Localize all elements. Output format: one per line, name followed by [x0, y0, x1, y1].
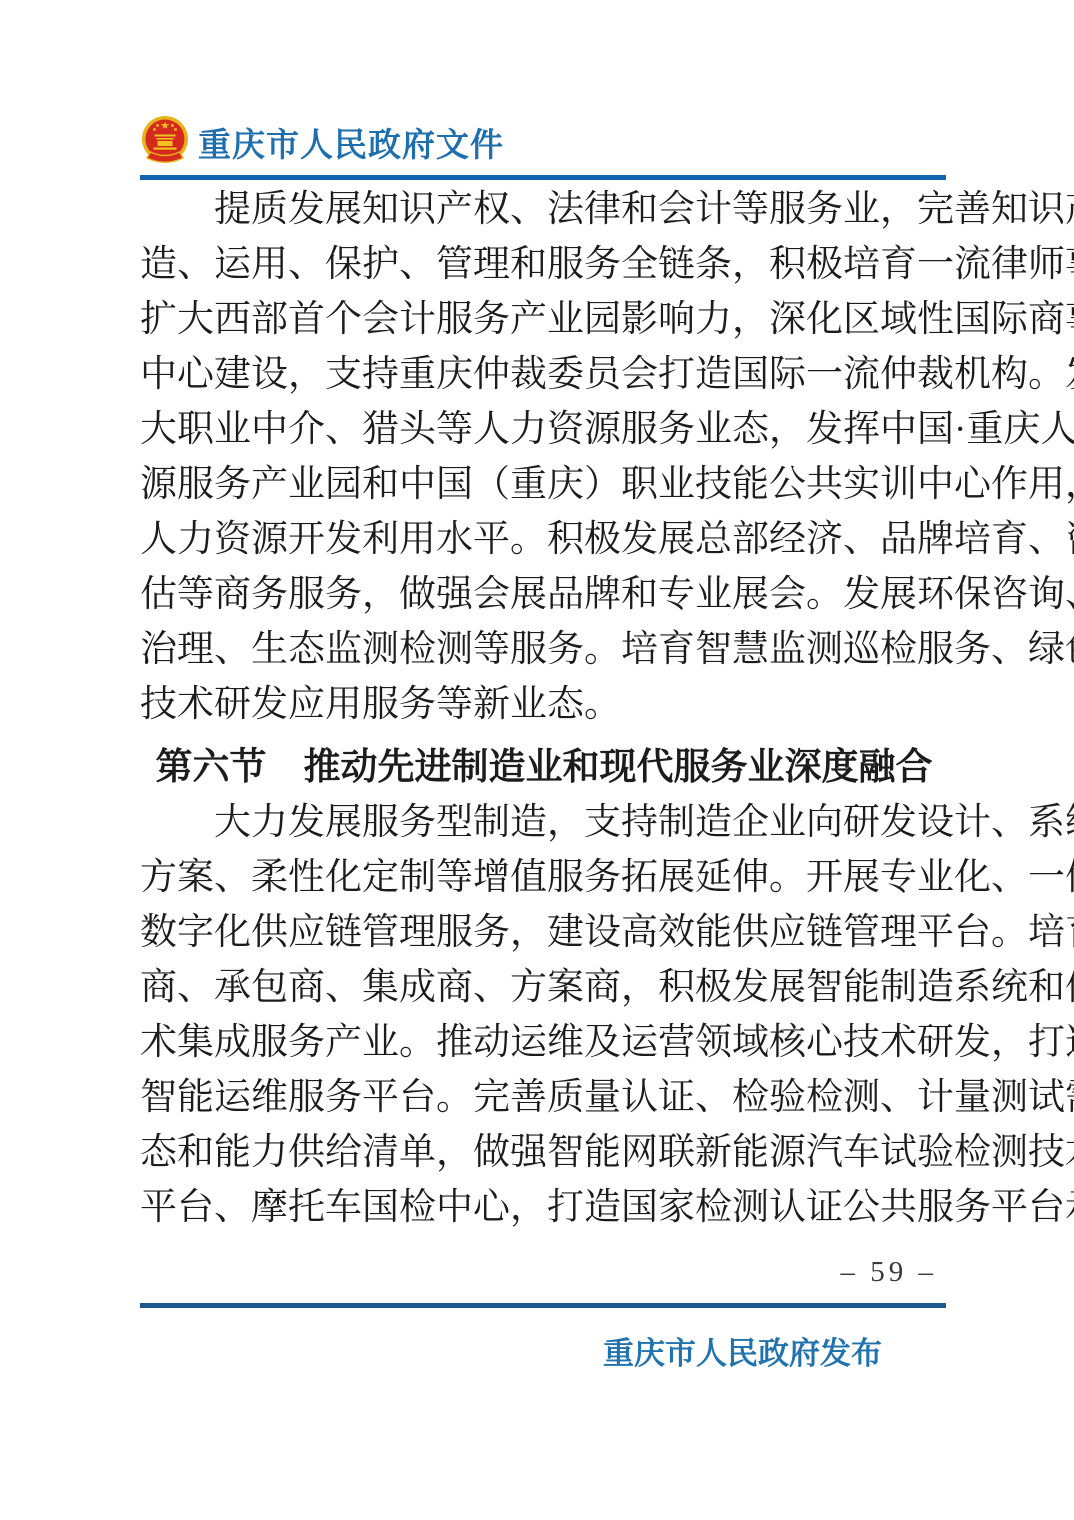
- footer-divider: [140, 1303, 946, 1308]
- text-line: 大力发展服务型制造，支持制造企业向研发设计、系统解决: [140, 795, 948, 850]
- text-line: 扩大西部首个会计服务产业园影响力，深化区域性国际商事仲裁: [140, 292, 948, 347]
- text-line: 方案、柔性化定制等增值服务拓展延伸。开展专业化、一体化、: [140, 850, 948, 905]
- text-line: 提质发展知识产权、法律和会计等服务业，完善知识产权创: [140, 182, 948, 237]
- section-heading: 第六节 推动先进制造业和现代服务业深度融合: [140, 740, 948, 795]
- text-line: 态和能力供给清单，做强智能网联新能源汽车试验检测技术服务: [140, 1125, 948, 1180]
- publisher-label: 重庆市人民政府发布: [603, 1328, 882, 1373]
- document-title: 重庆市人民政府文件: [198, 119, 504, 166]
- text-line: 大职业中介、猎头等人力资源服务业态，发挥中国·重庆人力资: [140, 402, 948, 457]
- text-line: 技术研发应用服务等新业态。: [140, 677, 948, 732]
- text-line: 术集成服务产业。推动运维及运营领域核心技术研发，打造高端: [140, 1015, 948, 1070]
- text-line: 估等商务服务，做强会展品牌和专业展会。发展环保咨询、环境: [140, 567, 948, 622]
- text-line: 平台、摩托车国检中心，打造国家检测认证公共服务平台示范区、: [140, 1180, 948, 1235]
- text-line: 中心建设，支持重庆仲裁委员会打造国际一流仲裁机构。发展壮: [140, 347, 948, 402]
- text-line: 人力资源开发利用水平。积极发展总部经济、品牌培育、咨询评: [140, 512, 948, 567]
- page-number: – 59 –: [841, 1256, 938, 1289]
- national-emblem-icon: [140, 114, 190, 170]
- document-page: 重庆市人民政府文件 提质发展知识产权、法律和会计等服务业，完善知识产权创 造、运…: [0, 0, 1074, 1520]
- document-body: 提质发展知识产权、法律和会计等服务业，完善知识产权创 造、运用、保护、管理和服务…: [140, 182, 948, 1235]
- header-divider: [140, 175, 946, 180]
- text-line: 商、承包商、集成商、方案商，积极发展智能制造系统和信息技: [140, 960, 948, 1015]
- text-line: 治理、生态监测检测等服务。培育智慧监测巡检服务、绿色安全: [140, 622, 948, 677]
- text-line: 数字化供应链管理服务，建设高效能供应链管理平台。培育总包: [140, 905, 948, 960]
- document-header: 重庆市人民政府文件: [140, 112, 948, 172]
- text-line: 造、运用、保护、管理和服务全链条，积极培育一流律师事务所，: [140, 237, 948, 292]
- text-line: 智能运维服务平台。完善质量认证、检验检测、计量测试需求动: [140, 1070, 948, 1125]
- text-line: 源服务产业园和中国（重庆）职业技能公共实训中心作用，提高: [140, 457, 948, 512]
